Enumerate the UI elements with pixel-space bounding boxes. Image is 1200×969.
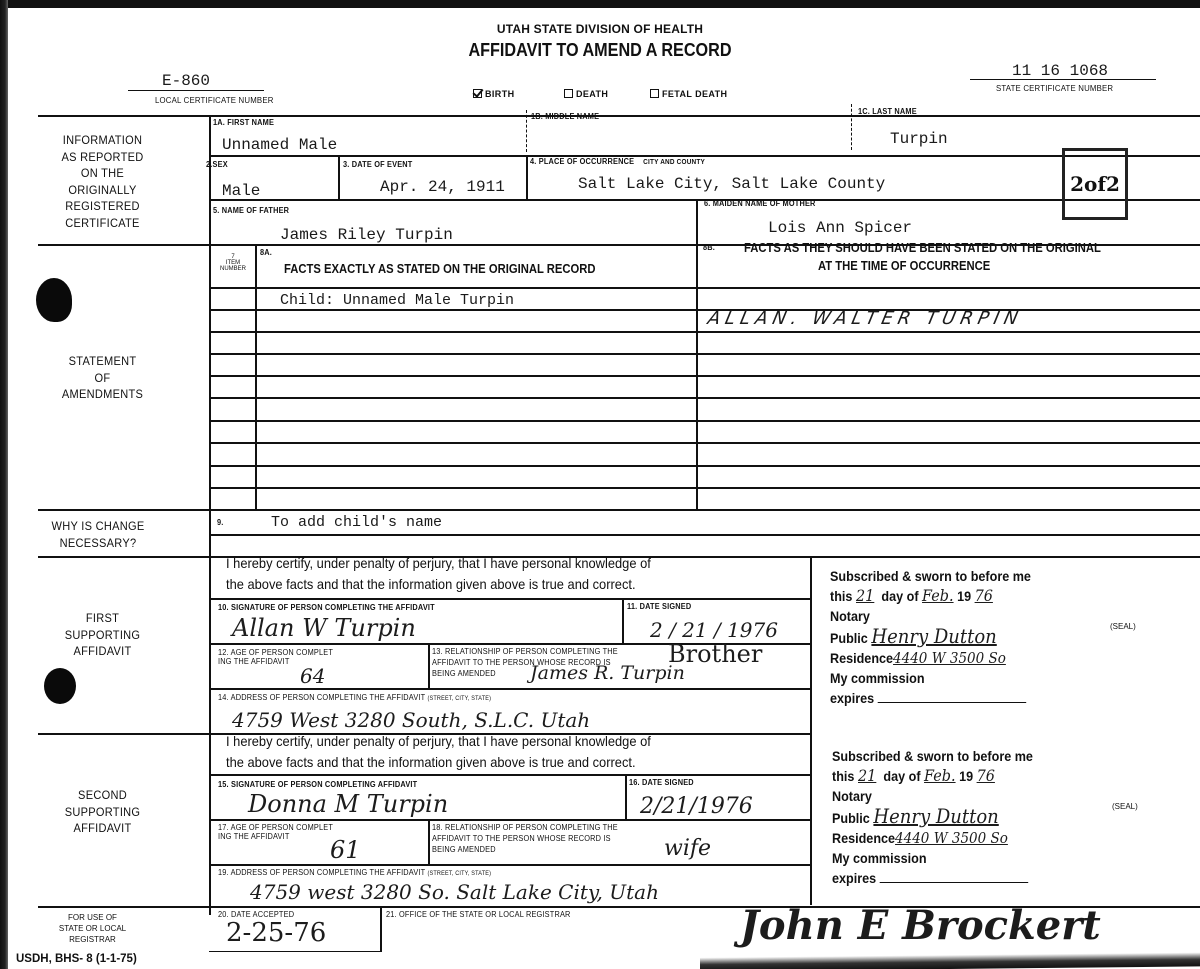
last-name-label: 1C. LAST NAME	[858, 107, 917, 116]
local-certificate-label: LOCAL CERTIFICATE NUMBER	[155, 95, 274, 105]
registrar-office-label: 21. OFFICE OF THE STATE OR LOCAL REGISTR…	[386, 910, 571, 919]
divider	[209, 420, 1200, 422]
certification-text-2: I hereby certify, under penalty of perju…	[226, 731, 651, 773]
local-certificate-number[interactable]: E-860	[162, 72, 210, 90]
signature-1[interactable]: Allan W Turpin	[232, 614, 416, 642]
reason-number: 9.	[217, 518, 224, 527]
corrected-entry[interactable]: ALLAN. WALTER TURPIN	[706, 308, 1025, 329]
checkbox-empty-icon	[650, 89, 659, 98]
original-entry[interactable]: Child: Unnamed Male Turpin	[280, 292, 514, 309]
divider	[338, 155, 340, 200]
signature-2[interactable]: Donna M Turpin	[248, 790, 448, 818]
mother-value[interactable]: Lois Ann Spicer	[768, 219, 912, 237]
form-id: USDH, BHS- 8 (1-1-75)	[16, 953, 137, 965]
section-label-amendments: STATEMENT OF AMENDMENTS	[45, 353, 160, 403]
section-label-second-affidavit: SECOND SUPPORTING AFFIDAVIT	[45, 787, 160, 837]
divider	[209, 487, 1200, 489]
divider	[209, 353, 1200, 355]
middle-name-label: 1B. MIDDLE NAME	[531, 112, 599, 121]
seal-label-2: (SEAL)	[1112, 802, 1138, 811]
date-signed-label: 16. DATE SIGNED	[629, 778, 694, 787]
divider	[209, 397, 1200, 399]
address-label: 14. ADDRESS OF PERSON COMPLETING THE AFF…	[218, 693, 491, 702]
section-label-registrar: FOR USE OF STATE OR LOCAL REGISTRAR	[40, 912, 145, 945]
col-8b-title-line1: FACTS AS THEY SHOULD HAVE BEEN STATED ON…	[744, 241, 1101, 255]
date-of-event-value[interactable]: Apr. 24, 1911	[380, 178, 505, 196]
col-8a-number: 8A.	[260, 248, 272, 257]
checkbox-checked-icon	[473, 89, 482, 98]
divider	[209, 115, 211, 915]
checkbox-birth[interactable]: BIRTH	[473, 89, 515, 99]
divider	[625, 774, 627, 819]
divider	[38, 115, 1200, 117]
scan-top-edge	[0, 0, 1200, 8]
sex-label: 2.SEX	[206, 160, 228, 169]
divider	[209, 819, 810, 821]
signature-label: 10. SIGNATURE OF PERSON COMPLETING THE A…	[218, 603, 435, 612]
divider	[209, 465, 1200, 467]
date-signed-2[interactable]: 2/21/1976	[640, 794, 753, 819]
age-label: 17. AGE OF PERSON COMPLETING THE AFFIDAV…	[218, 823, 333, 841]
divider	[526, 155, 528, 200]
seal-label-1: (SEAL)	[1110, 622, 1136, 631]
father-label: 5. NAME OF FATHER	[213, 206, 289, 215]
age-2[interactable]: 61	[330, 836, 361, 864]
divider	[622, 598, 624, 643]
page-count-stamp: 2of2	[1062, 148, 1128, 220]
item-number-header: 7 ITEM NUMBER	[213, 254, 253, 272]
checkbox-empty-icon	[564, 89, 573, 98]
date-signed-label: 11. DATE SIGNED	[627, 602, 691, 611]
divider	[209, 951, 380, 952]
relationship-label: 18. RELATIONSHIP OF PERSON COMPLETING TH…	[432, 822, 618, 855]
section-label-original-info: INFORMATION AS REPORTED ON THE ORIGINALL…	[45, 132, 160, 231]
col-8b-number: 8B.	[703, 243, 715, 252]
relationship-2[interactable]: wife	[664, 836, 711, 861]
divider	[209, 442, 1200, 444]
mother-label: 6. MAIDEN NAME OF MOTHER	[704, 199, 816, 208]
place-label: 4. PLACE OF OCCURRENCE CITY AND COUNTY	[530, 157, 705, 166]
date-accepted[interactable]: 2-25-76	[226, 918, 326, 948]
sex-value[interactable]: Male	[222, 182, 260, 200]
certification-text-1: I hereby certify, under penalty of perju…	[226, 553, 651, 595]
divider	[209, 309, 1200, 311]
last-name-value[interactable]: Turpin	[890, 130, 948, 148]
address-2[interactable]: 4759 west 3280 So. Salt Lake City, Utah	[250, 880, 659, 904]
divider	[209, 598, 810, 600]
checkbox-fetal-death[interactable]: FETAL DEATH	[650, 89, 727, 99]
date-of-event-label: 3. DATE OF EVENT	[343, 160, 412, 169]
registrar-signature[interactable]: John E Brockert	[740, 902, 1101, 949]
scan-bottom-edge	[700, 952, 1200, 969]
first-name-label: 1A. FIRST NAME	[213, 118, 274, 127]
divider	[128, 90, 264, 91]
section-label-first-affidavit: FIRST SUPPORTING AFFIDAVIT	[45, 610, 160, 660]
form-title: AFFIDAVIT TO AMEND A RECORD	[60, 40, 1140, 61]
divider	[209, 287, 1200, 289]
father-value[interactable]: James Riley Turpin	[280, 226, 453, 244]
divider	[380, 906, 382, 952]
section-label-why: WHY IS CHANGE NECESSARY?	[43, 518, 153, 551]
state-certificate-number[interactable]: 11 16 1068	[1012, 62, 1108, 80]
notary-block-1: Subscribed & sworn to before me this21 d…	[830, 566, 1031, 708]
col-8a-title: FACTS EXACTLY AS STATED ON THE ORIGINAL …	[284, 262, 595, 276]
relationship-name-1[interactable]: James R. Turpin	[530, 662, 685, 684]
divider	[209, 774, 810, 776]
age-1[interactable]: 64	[300, 664, 325, 688]
address-label: 19. ADDRESS OF PERSON COMPLETING THE AFF…	[218, 868, 491, 877]
notary-block-2: Subscribed & sworn to before me this21 d…	[832, 746, 1033, 888]
divider	[209, 331, 1200, 333]
divider	[209, 375, 1200, 377]
first-name-value[interactable]: Unnamed Male	[222, 136, 337, 154]
divider	[428, 819, 430, 864]
divider	[526, 110, 527, 152]
divider	[209, 688, 810, 690]
place-value[interactable]: Salt Lake City, Salt Lake County	[578, 175, 885, 193]
divider	[38, 509, 1200, 511]
address-1[interactable]: 4759 West 3280 South, S.L.C. Utah	[232, 708, 590, 732]
scan-left-edge	[0, 0, 8, 969]
divider	[970, 79, 1156, 80]
reason-value[interactable]: To add child's name	[271, 514, 442, 531]
checkbox-death[interactable]: DEATH	[564, 89, 608, 99]
date-signed-1[interactable]: 2 / 21 / 1976	[650, 618, 778, 642]
agency-name: UTAH STATE DIVISION OF HEALTH	[0, 22, 1200, 36]
divider	[810, 556, 812, 905]
punch-hole-bottom	[44, 668, 76, 704]
divider	[209, 534, 1200, 536]
divider	[209, 864, 810, 866]
divider	[428, 643, 430, 688]
state-certificate-label: STATE CERTIFICATE NUMBER	[996, 83, 1113, 93]
signature-label: 15. SIGNATURE OF PERSON COMPLETING AFFID…	[218, 780, 417, 789]
divider	[851, 104, 852, 150]
col-8b-title-line2: AT THE TIME OF OCCURRENCE	[818, 259, 990, 273]
punch-hole-top	[36, 278, 72, 322]
